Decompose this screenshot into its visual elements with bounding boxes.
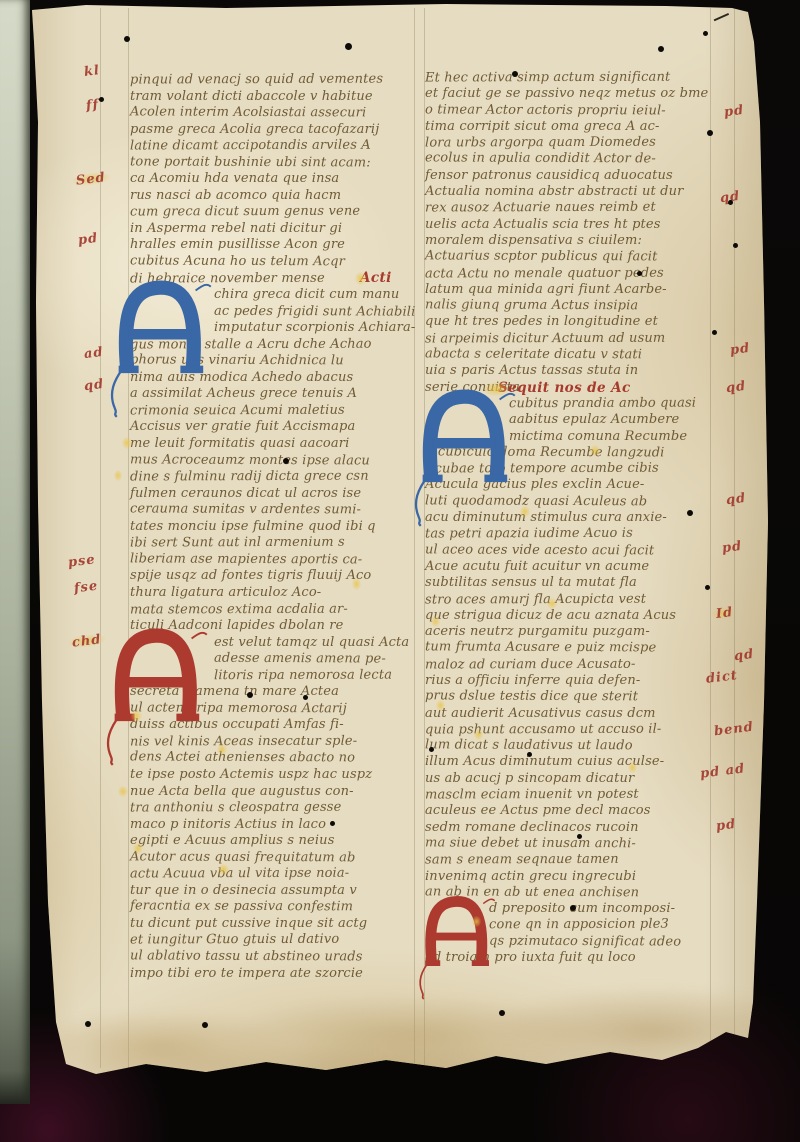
text-line: Et hec activa simp actum significant — [425, 69, 717, 86]
text-line: fulmen ceraunos dicat ul acros ise — [130, 486, 414, 503]
text-line: ca Acomiu hda venata que insa — [130, 171, 414, 188]
text-line: maco p initoris Actius in laco — [130, 817, 414, 834]
text-line: acta Actu no menale quatuor pedes — [425, 265, 717, 282]
text-line: Actualia nomina abstr abstracti ut dur — [425, 184, 717, 200]
book-fore-edge — [0, 0, 30, 1104]
text-line: aceris neutrz purgamitu puzgam- — [425, 624, 717, 640]
yellow-highlight — [352, 578, 361, 590]
text-line: o timear Actor actoris propriu ieiul- — [425, 102, 717, 120]
illuminated-initial-A — [416, 388, 511, 526]
text-line: aut audierit Acusativus casus dcm — [425, 706, 717, 722]
marginal-note: ff — [85, 97, 100, 113]
text-line: rius a officiu inferre quia defen- — [425, 673, 717, 689]
text-line: si arpeimis dicitur Actuum ad usum — [425, 330, 717, 347]
ink-spot — [303, 695, 308, 700]
text-line: ibi sert Sunt aut inl armenium s — [130, 535, 414, 553]
text-line: stro aces amurj fla Acupicta vest — [425, 591, 717, 608]
text-line: Acue acutu fuit acuitur vn acume — [425, 559, 717, 575]
text-line: spije usqz ad fontes tigris fluuij Aco — [130, 568, 414, 585]
text-line: sam s eneam seqnaue tamen — [425, 852, 717, 869]
text-line: tur que in o desinecia assumpta v — [130, 883, 414, 900]
ink-spot — [577, 834, 582, 839]
marginal-note: pd — [715, 817, 737, 834]
yellow-highlight — [484, 382, 508, 396]
text-column-left: pinqui ad venacj so quid ad vementestram… — [130, 72, 414, 982]
text-line: latum qua minida agri fiunt Acarbe- — [425, 282, 717, 298]
yellow-highlight — [590, 445, 600, 456]
ink-spot — [712, 330, 717, 335]
text-line: Actuarius scptor publicus qui facit — [425, 249, 717, 267]
marginal-note: qd — [725, 491, 747, 508]
text-line: abacta s celeritate dicatu v stati — [425, 346, 717, 364]
text-line: in Asperma rebel nati dicitur gi — [130, 221, 414, 238]
ink-spot — [705, 585, 710, 590]
text-line: nalis giunq gruma Actus insipia — [425, 298, 717, 316]
text-line: et faciut ge se passivo neqz metus oz bm… — [425, 86, 717, 102]
marginal-note: Id — [715, 605, 734, 622]
pen-trial-mark — [714, 13, 731, 24]
text-line: Accisus ver gratie fuit Accismapa — [130, 419, 414, 436]
text-line: cerauma sumitas v ardentes sumi- — [130, 502, 414, 520]
text-line: tates monciu ipse fulmine quod ibi q — [130, 519, 414, 536]
text-line: masclm eciam inuenit vn potest — [425, 787, 717, 804]
illuminated-initial-A — [108, 627, 203, 765]
text-line: nue Acta bella que augustus con- — [130, 784, 414, 801]
text-line: aculeus ee Actus pme decl macos — [425, 803, 717, 819]
text-line: actu Acuua vba ul vita ipse noia- — [130, 866, 414, 884]
text-line: tas petri apazia iudime Acuo is — [425, 526, 717, 543]
ink-spot — [733, 243, 738, 248]
ruling-line — [734, 8, 735, 1068]
ink-spot — [283, 458, 289, 464]
ink-spot — [570, 905, 576, 911]
text-line: pinqui ad venacj so quid ad vementes — [130, 72, 414, 90]
text-line: illum Acus diminutum cuius aculse- — [425, 754, 717, 770]
text-line: egipti e Acuus amplius s neius — [130, 833, 414, 850]
text-line: Acolen interim Acolsiastai assecuri — [130, 104, 414, 122]
ink-spot — [202, 1022, 208, 1028]
text-line: pasme greca Acolia greca tacofazarij — [130, 122, 414, 139]
marginal-note: qd — [83, 377, 105, 394]
text-line: tone portait bushinie ubi sint acam: — [130, 154, 414, 172]
text-line: ul aceo aces vide acesto acui facit — [425, 542, 717, 560]
yellow-highlight — [217, 744, 227, 755]
text-line: quia pshunt accusamo ut accuso il- — [425, 721, 717, 738]
text-line: me leuit formitatis quasi aacoari — [130, 436, 414, 453]
text-line: te ipse posto Actemis uspz hac uspz — [130, 767, 414, 784]
water-stain — [26, 986, 772, 1098]
yellow-highlight — [122, 437, 132, 449]
text-line: mus Acroceaumz montes ipse alacu — [130, 452, 414, 470]
text-line: rex ausoz Actuarie naues reimb et — [425, 200, 717, 217]
text-line: que ht tres pedes in longitudine et — [425, 314, 717, 330]
yellow-highlight — [628, 762, 637, 773]
marginal-note: fse — [73, 579, 99, 597]
marginal-note: pd — [729, 341, 751, 358]
ink-spot — [637, 271, 642, 276]
ink-spot — [512, 71, 518, 77]
yellow-highlight — [133, 843, 143, 854]
text-line: dine s fulminu radij dicta grece csn — [130, 469, 414, 487]
text-line: tra anthoniu s cleospatra gesse — [130, 800, 414, 818]
text-line: ul ablativo tassu ut abstineo urads — [130, 948, 414, 966]
text-line: impo tibi ero te impera ate szorcie — [130, 966, 414, 983]
text-line: subtilitas sensus ul ta mutat fla — [425, 575, 717, 591]
text-line: tima corripit sicut oma greca A ac- — [425, 119, 717, 135]
ruling-line — [128, 8, 129, 1068]
rubric: Sequit nos de Ac — [498, 380, 631, 396]
ink-spot — [658, 46, 664, 52]
text-line: feracntia ex se passiva confestim — [130, 899, 414, 917]
marginal-note: pd — [77, 231, 99, 248]
ink-spot — [687, 510, 693, 516]
marginal-note: qd — [725, 379, 747, 396]
text-line: ecolus in apulia condidit Actor de- — [425, 151, 717, 169]
text-line: que strigua dicuz de acu aznata Acus — [425, 608, 717, 624]
text-line: Acutor acus quasi frequitatum ab — [130, 849, 414, 867]
ink-spot — [429, 747, 434, 752]
text-line: uia s paris Actus tassas stuta in — [425, 363, 717, 379]
ink-spot — [728, 200, 733, 205]
illuminated-initial-A — [112, 279, 207, 417]
text-line: lora urbs argorpa quam Diomedes — [425, 135, 717, 152]
yellow-highlight — [431, 616, 440, 627]
ink-spot — [85, 1021, 91, 1027]
yellow-highlight — [131, 710, 142, 722]
illuminated-initial-A — [420, 895, 492, 999]
text-line: tum frumta Acusare e puiz mcispe — [425, 640, 717, 658]
yellow-highlight — [472, 916, 481, 927]
text-line: uelis acta Actualis scia tres ht ptes — [425, 217, 717, 233]
marginal-note: kl — [83, 63, 101, 80]
text-line: us ab acucj p sincopam dicatur — [425, 771, 717, 787]
text-line: invenimq actin grecu ingrecubi — [425, 869, 717, 885]
ink-spot — [124, 36, 130, 42]
ruling-line — [414, 8, 415, 1068]
yellow-highlight — [355, 272, 366, 285]
ink-spot — [247, 692, 253, 698]
text-line: fensor patronus causidicq aduocatus — [425, 168, 717, 184]
yellow-highlight — [520, 506, 530, 517]
yellow-highlight — [436, 700, 445, 711]
ink-spot — [345, 43, 352, 50]
text-line: mata stemcos extima acdalia ar- — [130, 601, 414, 619]
text-line: liberiam ase mapientes aportis ca- — [130, 551, 414, 569]
text-line: hralles emin pusillisse Acon gre — [130, 237, 414, 254]
marginal-note: pd — [721, 539, 743, 556]
yellow-highlight — [474, 729, 483, 740]
text-line: thura ligatura articuloz Aco- — [130, 585, 414, 602]
text-line: latine dicamt accipotandis arviles A — [130, 138, 414, 156]
text-line: moralem dispensativa s ciuilem: — [425, 233, 717, 249]
text-line: cubitus Acuna ho us telum Acqr — [130, 253, 414, 271]
ink-spot — [330, 821, 335, 826]
text-line: maloz ad curiam duce Acusato- — [425, 656, 717, 673]
text-line: sedm romane declinacos rucoin — [425, 820, 717, 836]
text-line: rus nasci ab acomco quia hacm — [130, 188, 414, 205]
ink-spot — [703, 31, 708, 36]
yellow-highlight — [118, 786, 128, 797]
ink-spot — [527, 752, 532, 757]
manuscript-photo: 6 pinqui ad venacj so quid ad vementestr… — [0, 0, 800, 1142]
text-line: tram volant dicti abaccole v habitue — [130, 89, 414, 106]
yellow-highlight — [114, 470, 122, 481]
text-line: cum greca dicut suum genus vene — [130, 204, 414, 222]
ink-spot — [499, 1010, 505, 1016]
text-line: et iungitur Gtuo gtuis ul dativo — [130, 932, 414, 950]
text-line: ma siue debet ut inusam anchi- — [425, 835, 717, 853]
marginal-note: qd — [733, 647, 755, 664]
text-line: lum dicat s laudativus ut laudo — [425, 738, 717, 756]
text-line: tu dicunt put cussive inque sit actg — [130, 916, 414, 933]
ruling-line — [100, 8, 101, 1068]
marginal-note: ad — [83, 345, 104, 362]
text-line: prus dslue testis dice que sterit — [425, 689, 717, 707]
ink-spot — [707, 130, 713, 136]
ink-spot — [99, 97, 104, 102]
yellow-highlight — [218, 864, 229, 875]
folio-number: 6 — [776, 24, 788, 46]
marginal-note: pd — [723, 103, 745, 120]
yellow-highlight — [547, 598, 557, 609]
